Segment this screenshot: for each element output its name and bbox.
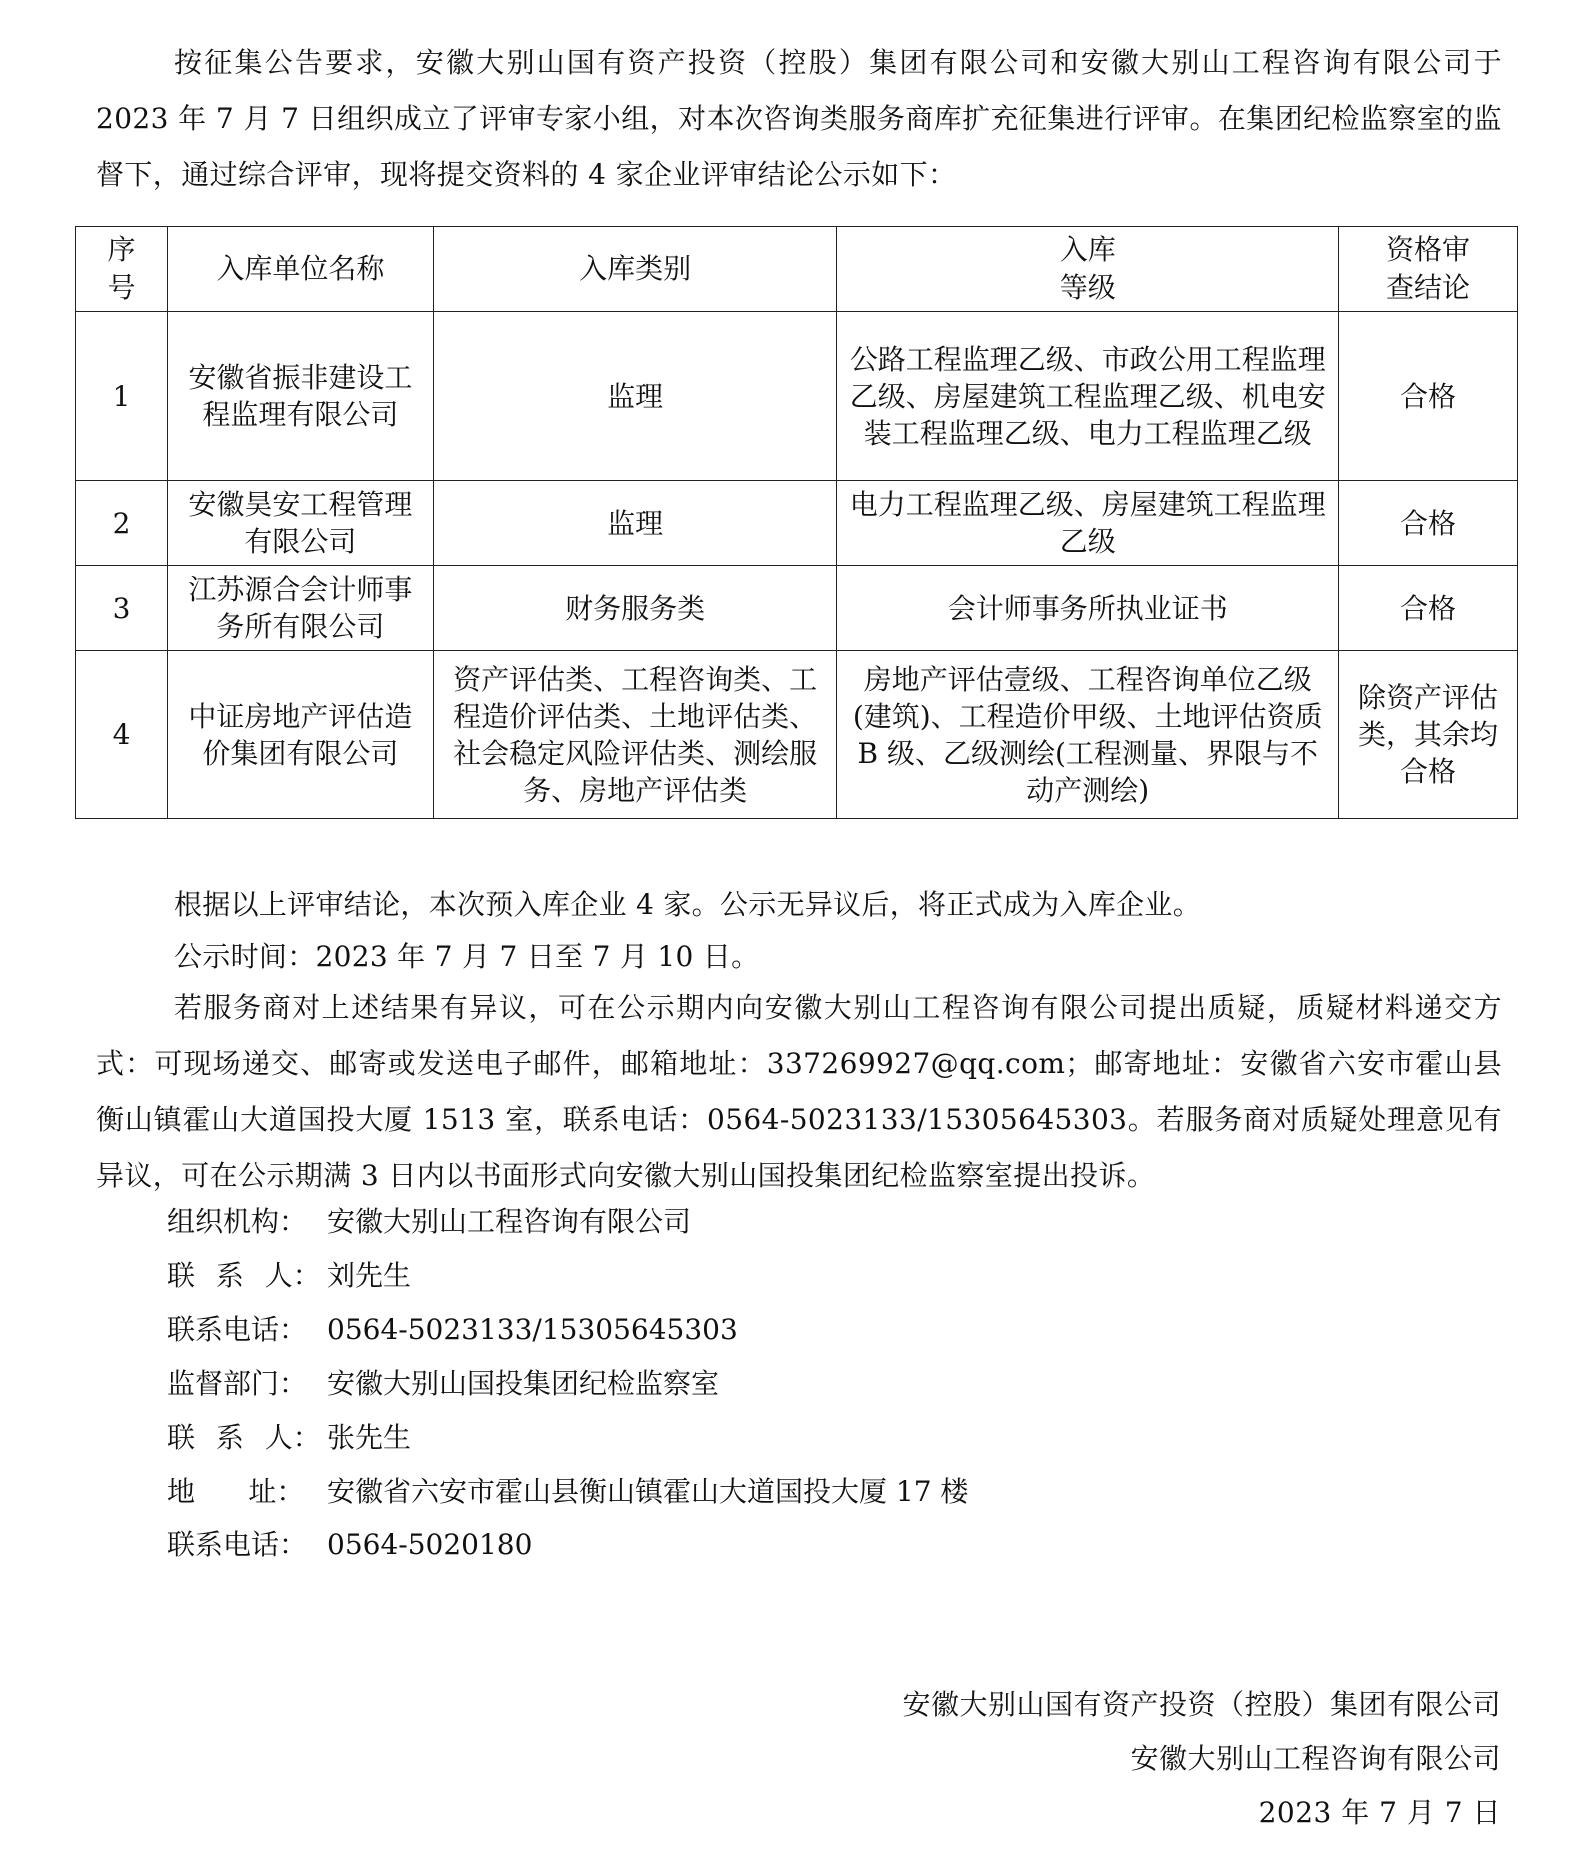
- table-row: 4 中证房地产评估造价集团有限公司 资产评估类、工程咨询类、工程造价评估类、土地…: [76, 651, 1518, 819]
- header-name: 入库单位名称: [167, 227, 433, 312]
- header-level-line1: 入库: [1060, 233, 1116, 266]
- cell-category: 财务服务类: [433, 566, 837, 651]
- table-row: 3 江苏源合会计师事务所有限公司 财务服务类 会计师事务所执业证书 合格: [76, 566, 1518, 651]
- header-level-line2: 等级: [1060, 271, 1116, 304]
- contact-person-1: 联 系 人：刘先生: [167, 1259, 411, 1293]
- cell-category: 监理: [433, 312, 837, 481]
- cell-level: 房地产评估壹级、工程咨询单位乙级(建筑)、工程造价甲级、土地评估资质 B 级、乙…: [837, 651, 1339, 819]
- publicity-period: 公示时间：2023 年 7 月 7 日至 7 月 10 日。: [174, 940, 759, 974]
- contact-value: 0564-5020180: [327, 1528, 532, 1561]
- contact-value: 刘先生: [327, 1259, 411, 1292]
- cell-result: 合格: [1339, 312, 1518, 481]
- header-no-line1: 序: [107, 233, 135, 266]
- table-row: 2 安徽昊安工程管理有限公司 监理 电力工程监理乙级、房屋建筑工程监理乙级 合格: [76, 481, 1518, 566]
- cell-no: 4: [76, 651, 168, 819]
- contact-phone-1: 联系电话：0564-5023133/15305645303: [167, 1313, 738, 1347]
- contact-label: 联系电话：: [167, 1313, 327, 1347]
- cell-no: 1: [76, 312, 168, 481]
- contact-label: 联系电话：: [167, 1528, 327, 1562]
- contact-label: 地 址：: [167, 1475, 327, 1509]
- contact-phone-2: 联系电话：0564-5020180: [167, 1528, 532, 1562]
- signature-org-2: 安徽大别山工程咨询有限公司: [1130, 1742, 1501, 1776]
- signature-date: 2023 年 7 月 7 日: [1259, 1796, 1501, 1830]
- cell-name: 中证房地产评估造价集团有限公司: [167, 651, 433, 819]
- header-result: 资格审查结论: [1339, 227, 1518, 312]
- contact-label: 联 系 人：: [167, 1421, 327, 1455]
- cell-no: 2: [76, 481, 168, 566]
- contact-value: 张先生: [327, 1421, 411, 1454]
- table-row: 1 安徽省振非建设工程监理有限公司 监理 公路工程监理乙级、市政公用工程监理乙级…: [76, 312, 1518, 481]
- contact-value: 安徽省六安市霍山县衡山镇霍山大道国投大厦 17 楼: [327, 1475, 968, 1508]
- contact-value: 0564-5023133/15305645303: [327, 1313, 738, 1346]
- cell-category: 资产评估类、工程咨询类、工程造价评估类、土地评估类、社会稳定风险评估类、测绘服务…: [433, 651, 837, 819]
- cell-level: 会计师事务所执业证书: [837, 566, 1339, 651]
- contact-label: 联 系 人：: [167, 1259, 327, 1293]
- header-level: 入库等级: [837, 227, 1339, 312]
- cell-no: 3: [76, 566, 168, 651]
- cell-name: 安徽省振非建设工程监理有限公司: [167, 312, 433, 481]
- cell-name: 安徽昊安工程管理有限公司: [167, 481, 433, 566]
- conclusion-text: 根据以上评审结论，本次预入库企业 4 家。公示无异议后，将正式成为入库企业。: [174, 888, 1201, 922]
- review-results-table: 序号 入库单位名称 入库类别 入库等级 资格审查结论 1 安徽省振非建设工程监理…: [75, 226, 1518, 819]
- header-result-line1: 资格审: [1386, 233, 1470, 266]
- cell-level: 电力工程监理乙级、房屋建筑工程监理乙级: [837, 481, 1339, 566]
- cell-category: 监理: [433, 481, 837, 566]
- supervision-dept: 监督部门：安徽大别山国投集团纪检监察室: [167, 1367, 719, 1401]
- cell-level: 公路工程监理乙级、市政公用工程监理乙级、房屋建筑工程监理乙级、机电安装工程监理乙…: [837, 312, 1339, 481]
- cell-result: 合格: [1339, 481, 1518, 566]
- header-category: 入库类别: [433, 227, 837, 312]
- cell-result: 除资产评估类，其余均合格: [1339, 651, 1518, 819]
- contact-label: 组织机构：: [167, 1205, 327, 1239]
- cell-result: 合格: [1339, 566, 1518, 651]
- contact-value: 安徽大别山工程咨询有限公司: [327, 1205, 691, 1238]
- contact-value: 安徽大别山国投集团纪检监察室: [327, 1367, 719, 1400]
- cell-name: 江苏源合会计师事务所有限公司: [167, 566, 433, 651]
- table-header-row: 序号 入库单位名称 入库类别 入库等级 资格审查结论: [76, 227, 1518, 312]
- header-result-line2: 查结论: [1386, 271, 1470, 304]
- header-no-line2: 号: [107, 271, 135, 304]
- contact-label: 监督部门：: [167, 1367, 327, 1401]
- header-no: 序号: [76, 227, 168, 312]
- contact-org: 组织机构：安徽大别山工程咨询有限公司: [167, 1205, 691, 1239]
- objection-paragraph: 若服务商对上述结果有异议，可在公示期内向安徽大别山工程咨询有限公司提出质疑，质疑…: [96, 980, 1502, 1204]
- contact-person-2: 联 系 人：张先生: [167, 1421, 411, 1455]
- intro-paragraph: 按征集公告要求，安徽大别山国有资产投资（控股）集团有限公司和安徽大别山工程咨询有…: [96, 35, 1502, 203]
- contact-address: 地 址：安徽省六安市霍山县衡山镇霍山大道国投大厦 17 楼: [167, 1475, 968, 1509]
- signature-org-1: 安徽大别山国有资产投资（控股）集团有限公司: [902, 1688, 1501, 1722]
